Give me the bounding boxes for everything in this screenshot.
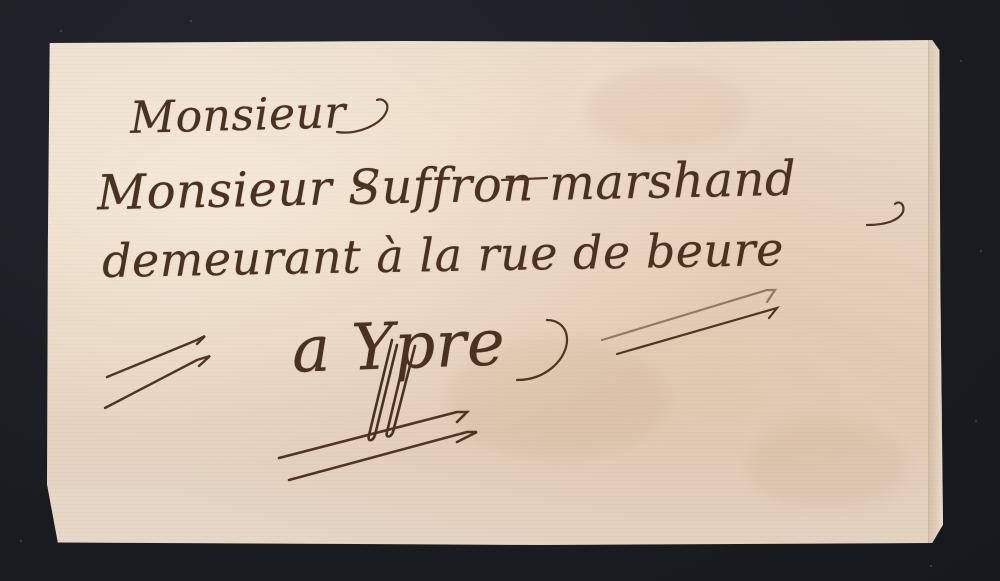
dust-speck <box>975 420 977 422</box>
dust-speck <box>190 20 192 22</box>
dust-speck <box>20 540 22 542</box>
dust-speck <box>980 250 982 252</box>
address-line-street: demeurant à la rue de beure <box>102 222 785 288</box>
address-line-recipient: Monsieur Suffron marshand <box>96 151 796 222</box>
dust-speck <box>960 60 962 62</box>
paper-stain <box>587 70 747 150</box>
right-flourish-icon <box>602 290 777 354</box>
dust-speck <box>60 30 62 32</box>
letter-sheet: Monsieur Monsieur Suffron marshand demeu… <box>47 40 943 545</box>
left-flourish-icon <box>105 336 210 408</box>
address-line-city: a Ypre <box>291 306 507 387</box>
paper-stain <box>747 420 907 510</box>
dust-speck <box>930 565 932 567</box>
underline-flourish-icon <box>279 412 477 480</box>
address-line-salutation: Monsieur <box>129 87 346 144</box>
